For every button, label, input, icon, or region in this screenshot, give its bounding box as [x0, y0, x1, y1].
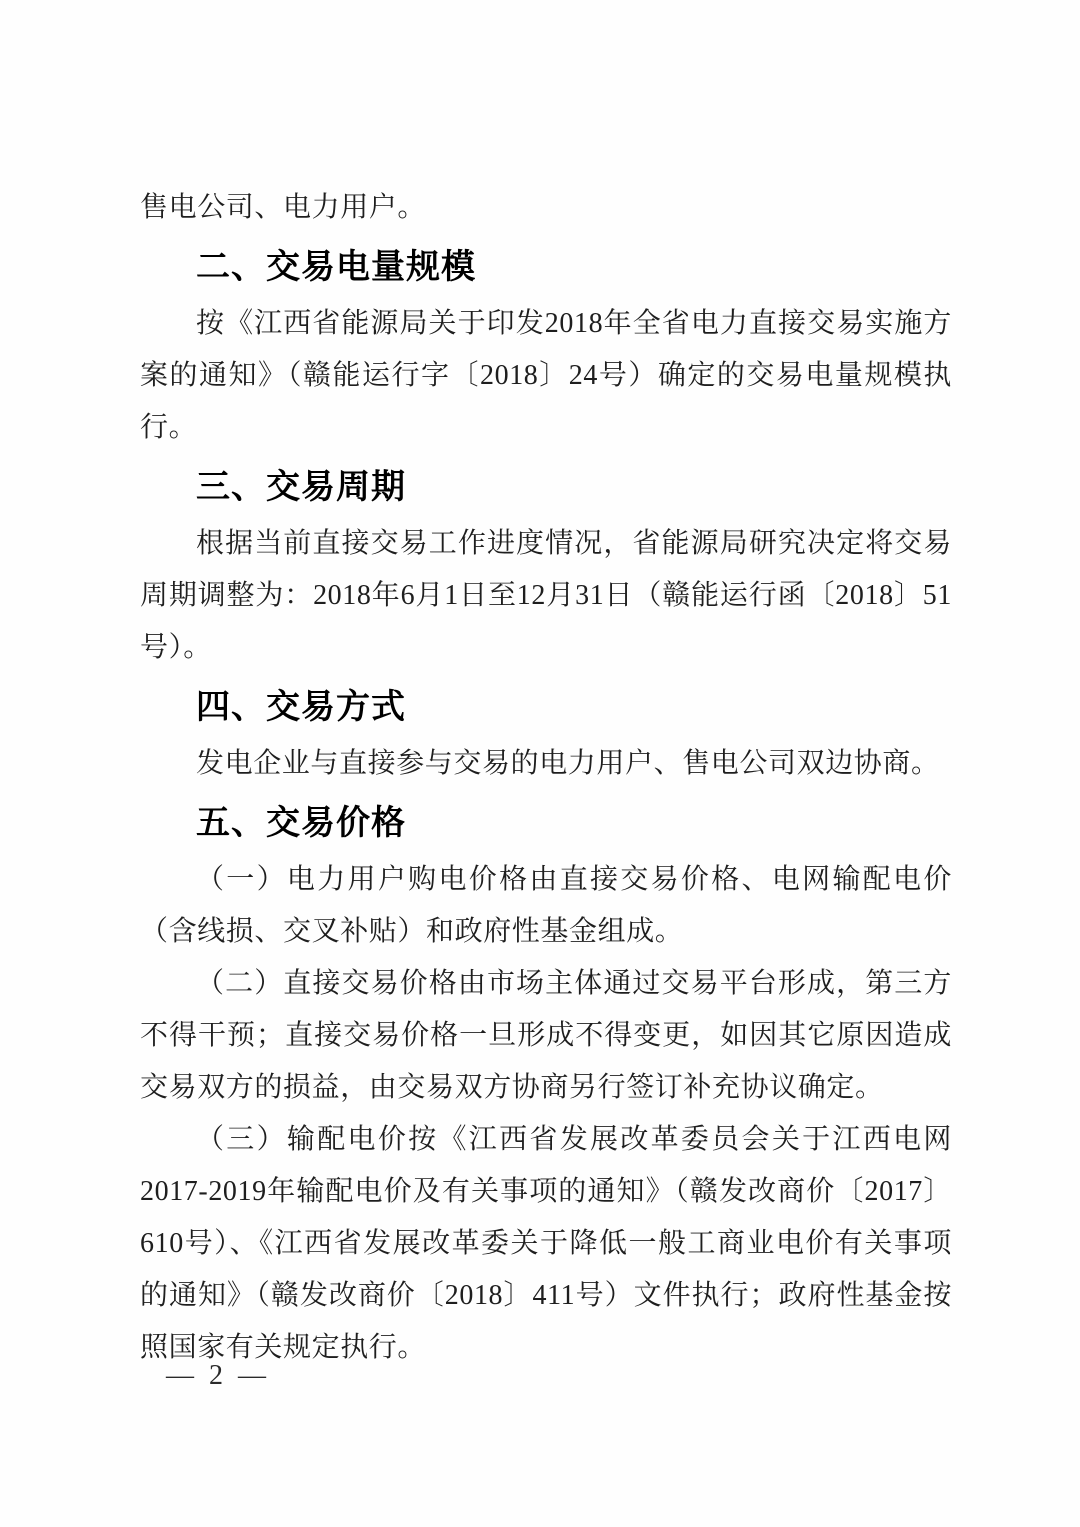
section-heading: 二、交易电量规模 [140, 239, 952, 295]
page-number: — 2 — [166, 1356, 270, 1396]
paragraph: 按《江西省能源局关于印发2018年全省电力直接交易实施方案的通知》（赣能运行字〔… [140, 298, 952, 454]
paragraph: 售电公司、电力用户。 [140, 182, 952, 234]
document-body: 售电公司、电力用户。二、交易电量规模按《江西省能源局关于印发2018年全省电力直… [140, 182, 952, 1374]
paragraph: 发电企业与直接参与交易的电力用户、售电公司双边协商。 [140, 738, 952, 790]
section-heading: 五、交易价格 [140, 795, 952, 851]
paragraph: 根据当前直接交易工作进度情况，省能源局研究决定将交易周期调整为：2018年6月1… [140, 518, 952, 674]
document-page: 售电公司、电力用户。二、交易电量规模按《江西省能源局关于印发2018年全省电力直… [0, 0, 1080, 1527]
section-heading: 三、交易周期 [140, 459, 952, 515]
section-heading: 四、交易方式 [140, 679, 952, 735]
paragraph: （一）电力用户购电价格由直接交易价格、电网输配电价（含线损、交叉补贴）和政府性基… [140, 854, 952, 958]
paragraph: （三）输配电价按《江西省发展改革委员会关于江西电网2017-2019年输配电价及… [140, 1114, 952, 1374]
paragraph: （二）直接交易价格由市场主体通过交易平台形成，第三方不得干预；直接交易价格一旦形… [140, 958, 952, 1114]
